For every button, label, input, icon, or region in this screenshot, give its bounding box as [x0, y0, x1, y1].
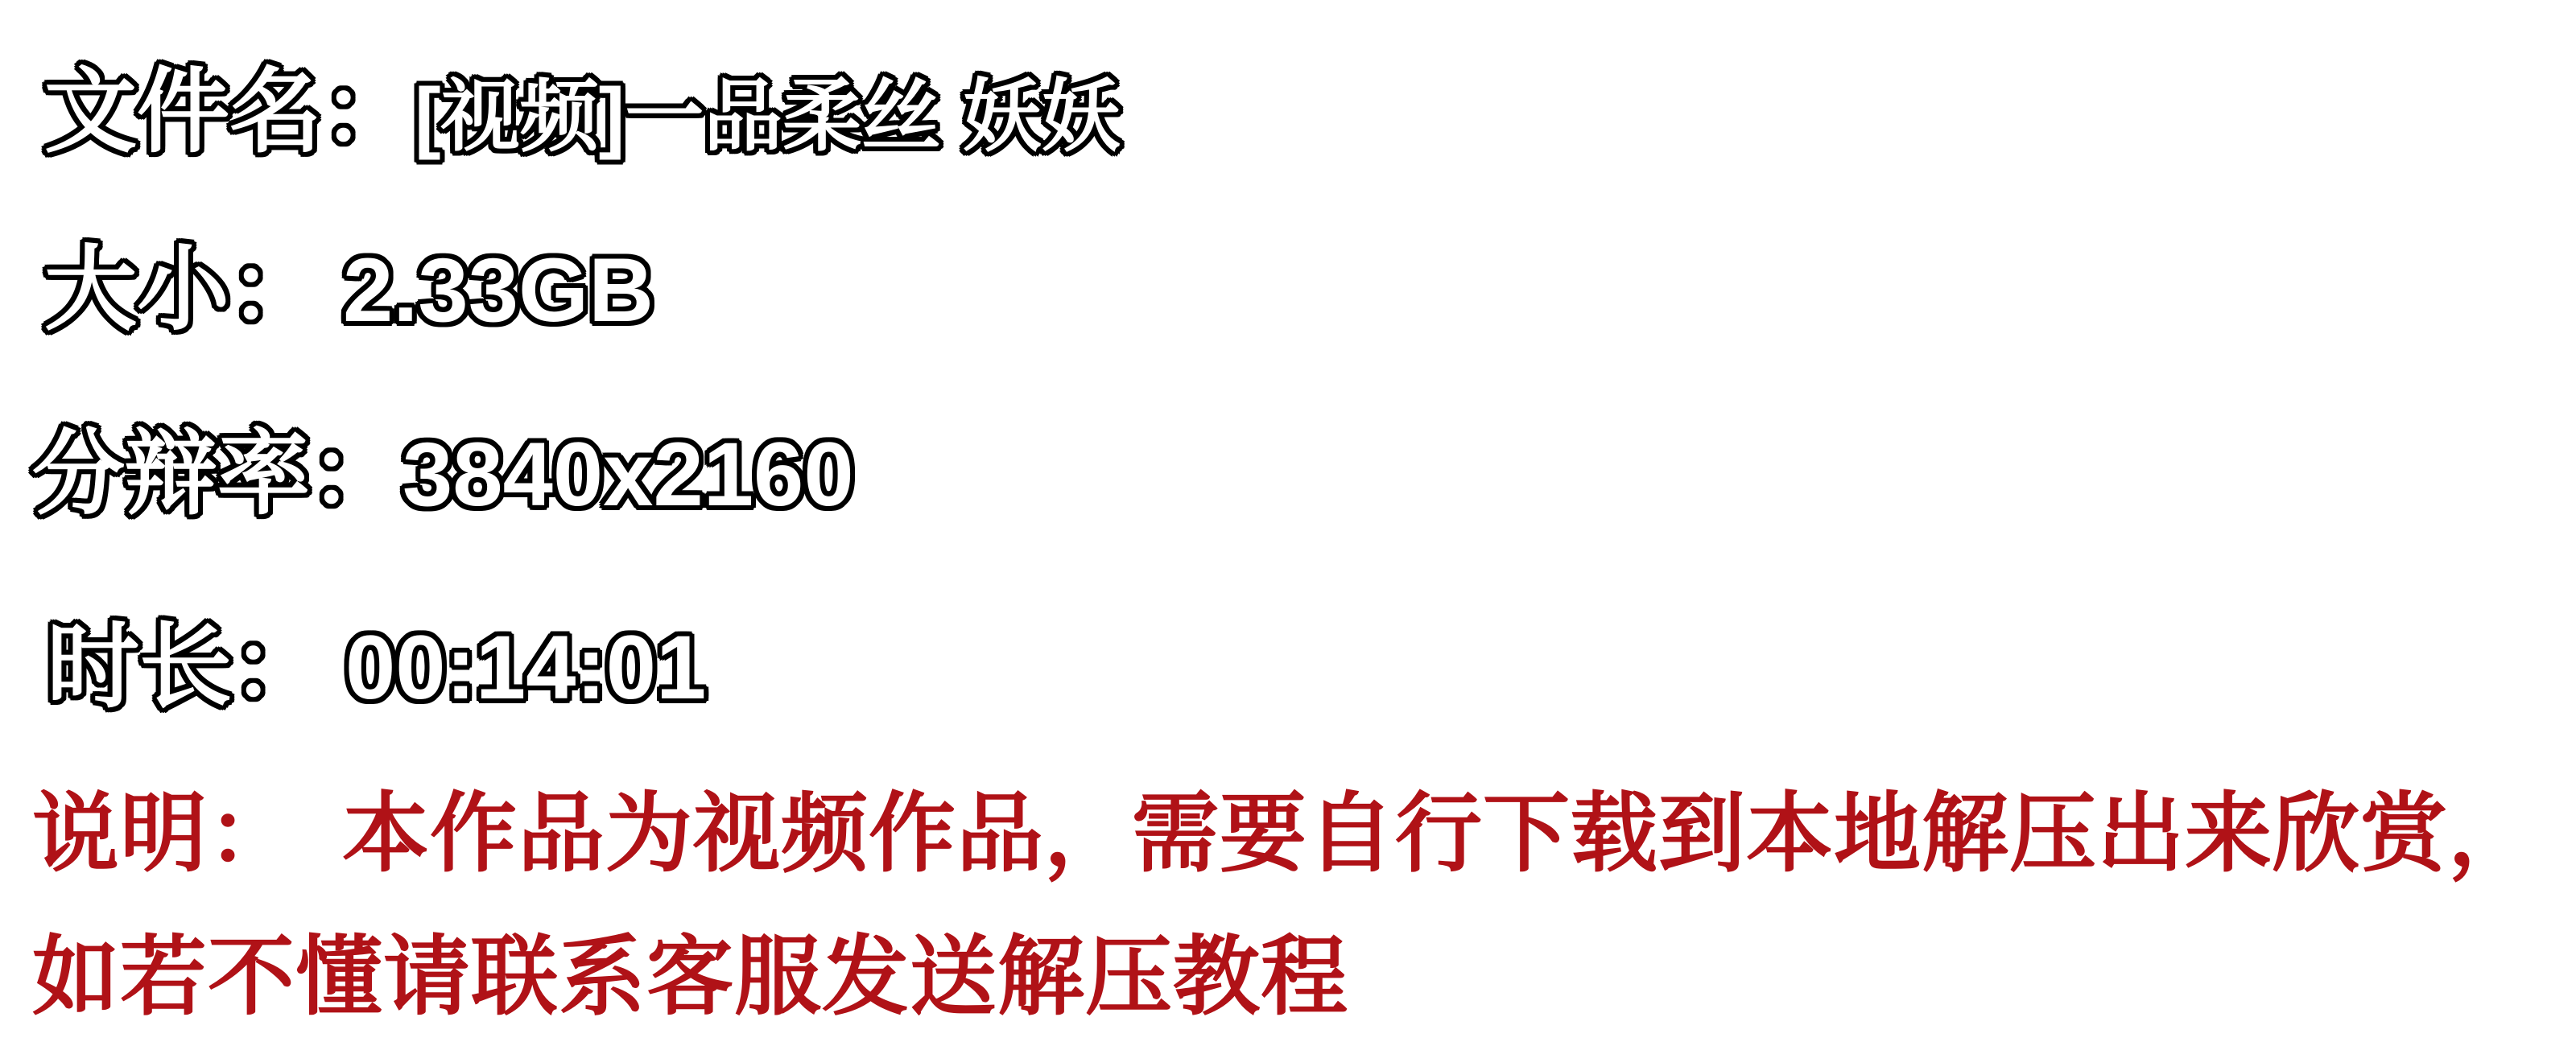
- filesize-value: 2.33GB: [343, 240, 654, 340]
- filesize-label: 大小：: [44, 238, 322, 341]
- notice-line-2: 如若不懂请联系客服发送解压教程: [32, 933, 1348, 1020]
- notice-line-1: 说明：本作品为视频作品，需要自行下载到本地解压出来欣赏，: [32, 790, 2536, 877]
- filename-value: [视频]一品柔丝 妖妖: [415, 72, 1121, 160]
- duration-row: 时长：00:14:01: [47, 621, 706, 714]
- duration-value: 00:14:01: [345, 617, 706, 718]
- notice-text-1: 本作品为视频作品，需要自行下载到本地解压出来欣赏，: [342, 784, 2536, 882]
- info-card: 文件名：[视频]一品柔丝 妖妖 大小：2.33GB 分辩率：3840x2160 …: [0, 0, 2576, 1046]
- resolution-row: 分辩率：3840x2160: [32, 428, 854, 521]
- duration-label: 时长：: [47, 616, 324, 719]
- filename-label: 文件名：: [44, 60, 415, 163]
- resolution-label: 分辩率：: [32, 422, 402, 525]
- notice-text-2: 如若不懂请联系客服发送解压教程: [32, 928, 1348, 1025]
- filename-row: 文件名：[视频]一品柔丝 妖妖: [44, 66, 1121, 159]
- resolution-value: 3840x2160: [402, 424, 854, 525]
- notice-label: 说明：: [32, 784, 295, 882]
- filesize-row: 大小：2.33GB: [44, 244, 654, 336]
